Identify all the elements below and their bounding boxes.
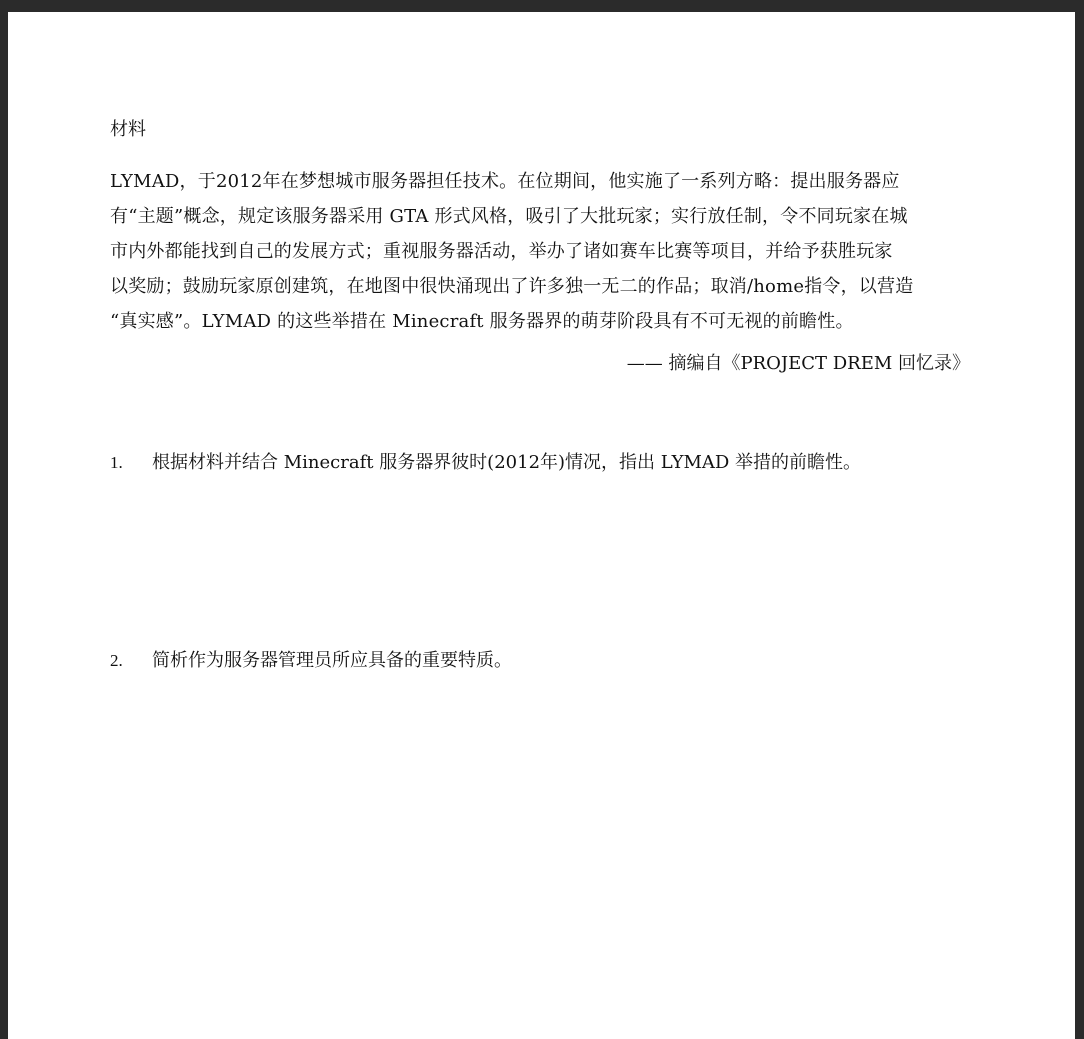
section-heading: 材料 (110, 118, 146, 142)
material-line: LYMAD，于2012年在梦想城市服务器担任技术。在位期间，他实施了一系列方略：… (110, 164, 980, 199)
question-number: 2. (110, 648, 152, 674)
answer-space-1 (110, 487, 980, 637)
material-paragraph: LYMAD，于2012年在梦想城市服务器担任技术。在位期间，他实施了一系列方略：… (110, 164, 980, 339)
question-1: 1.根据材料并结合 Minecraft 服务器界彼时(2012年)情况，指出 L… (110, 450, 861, 476)
question-text: 简析作为服务器管理员所应具备的重要特质。 (152, 650, 512, 671)
question-text: 根据材料并结合 Minecraft 服务器界彼时(2012年)情况，指出 LYM… (152, 452, 861, 473)
document-page: 材料 LYMAD，于2012年在梦想城市服务器担任技术。在位期间，他实施了一系列… (8, 12, 1075, 1039)
document-viewer: 材料 LYMAD，于2012年在梦想城市服务器担任技术。在位期间，他实施了一系列… (0, 0, 1084, 1039)
question-number: 1. (110, 450, 152, 476)
question-2: 2.简析作为服务器管理员所应具备的重要特质。 (110, 648, 512, 674)
material-line: 以奖励；鼓励玩家原创建筑，在地图中很快涌现出了许多独一无二的作品；取消/home… (110, 269, 980, 304)
material-line: “真实感”。LYMAD 的这些举措在 Minecraft 服务器界的萌芽阶段具有… (110, 304, 980, 339)
material-line: 市内外都能找到自己的发展方式；重视服务器活动，举办了诸如赛车比赛等项目，并给予获… (110, 234, 980, 269)
answer-space-2 (110, 685, 980, 1025)
source-citation: —— 摘编自《PROJECT DREM 回忆录》 (627, 350, 970, 378)
material-line: 有“主题”概念，规定该服务器采用 GTA 形式风格，吸引了大批玩家；实行放任制，… (110, 199, 980, 234)
